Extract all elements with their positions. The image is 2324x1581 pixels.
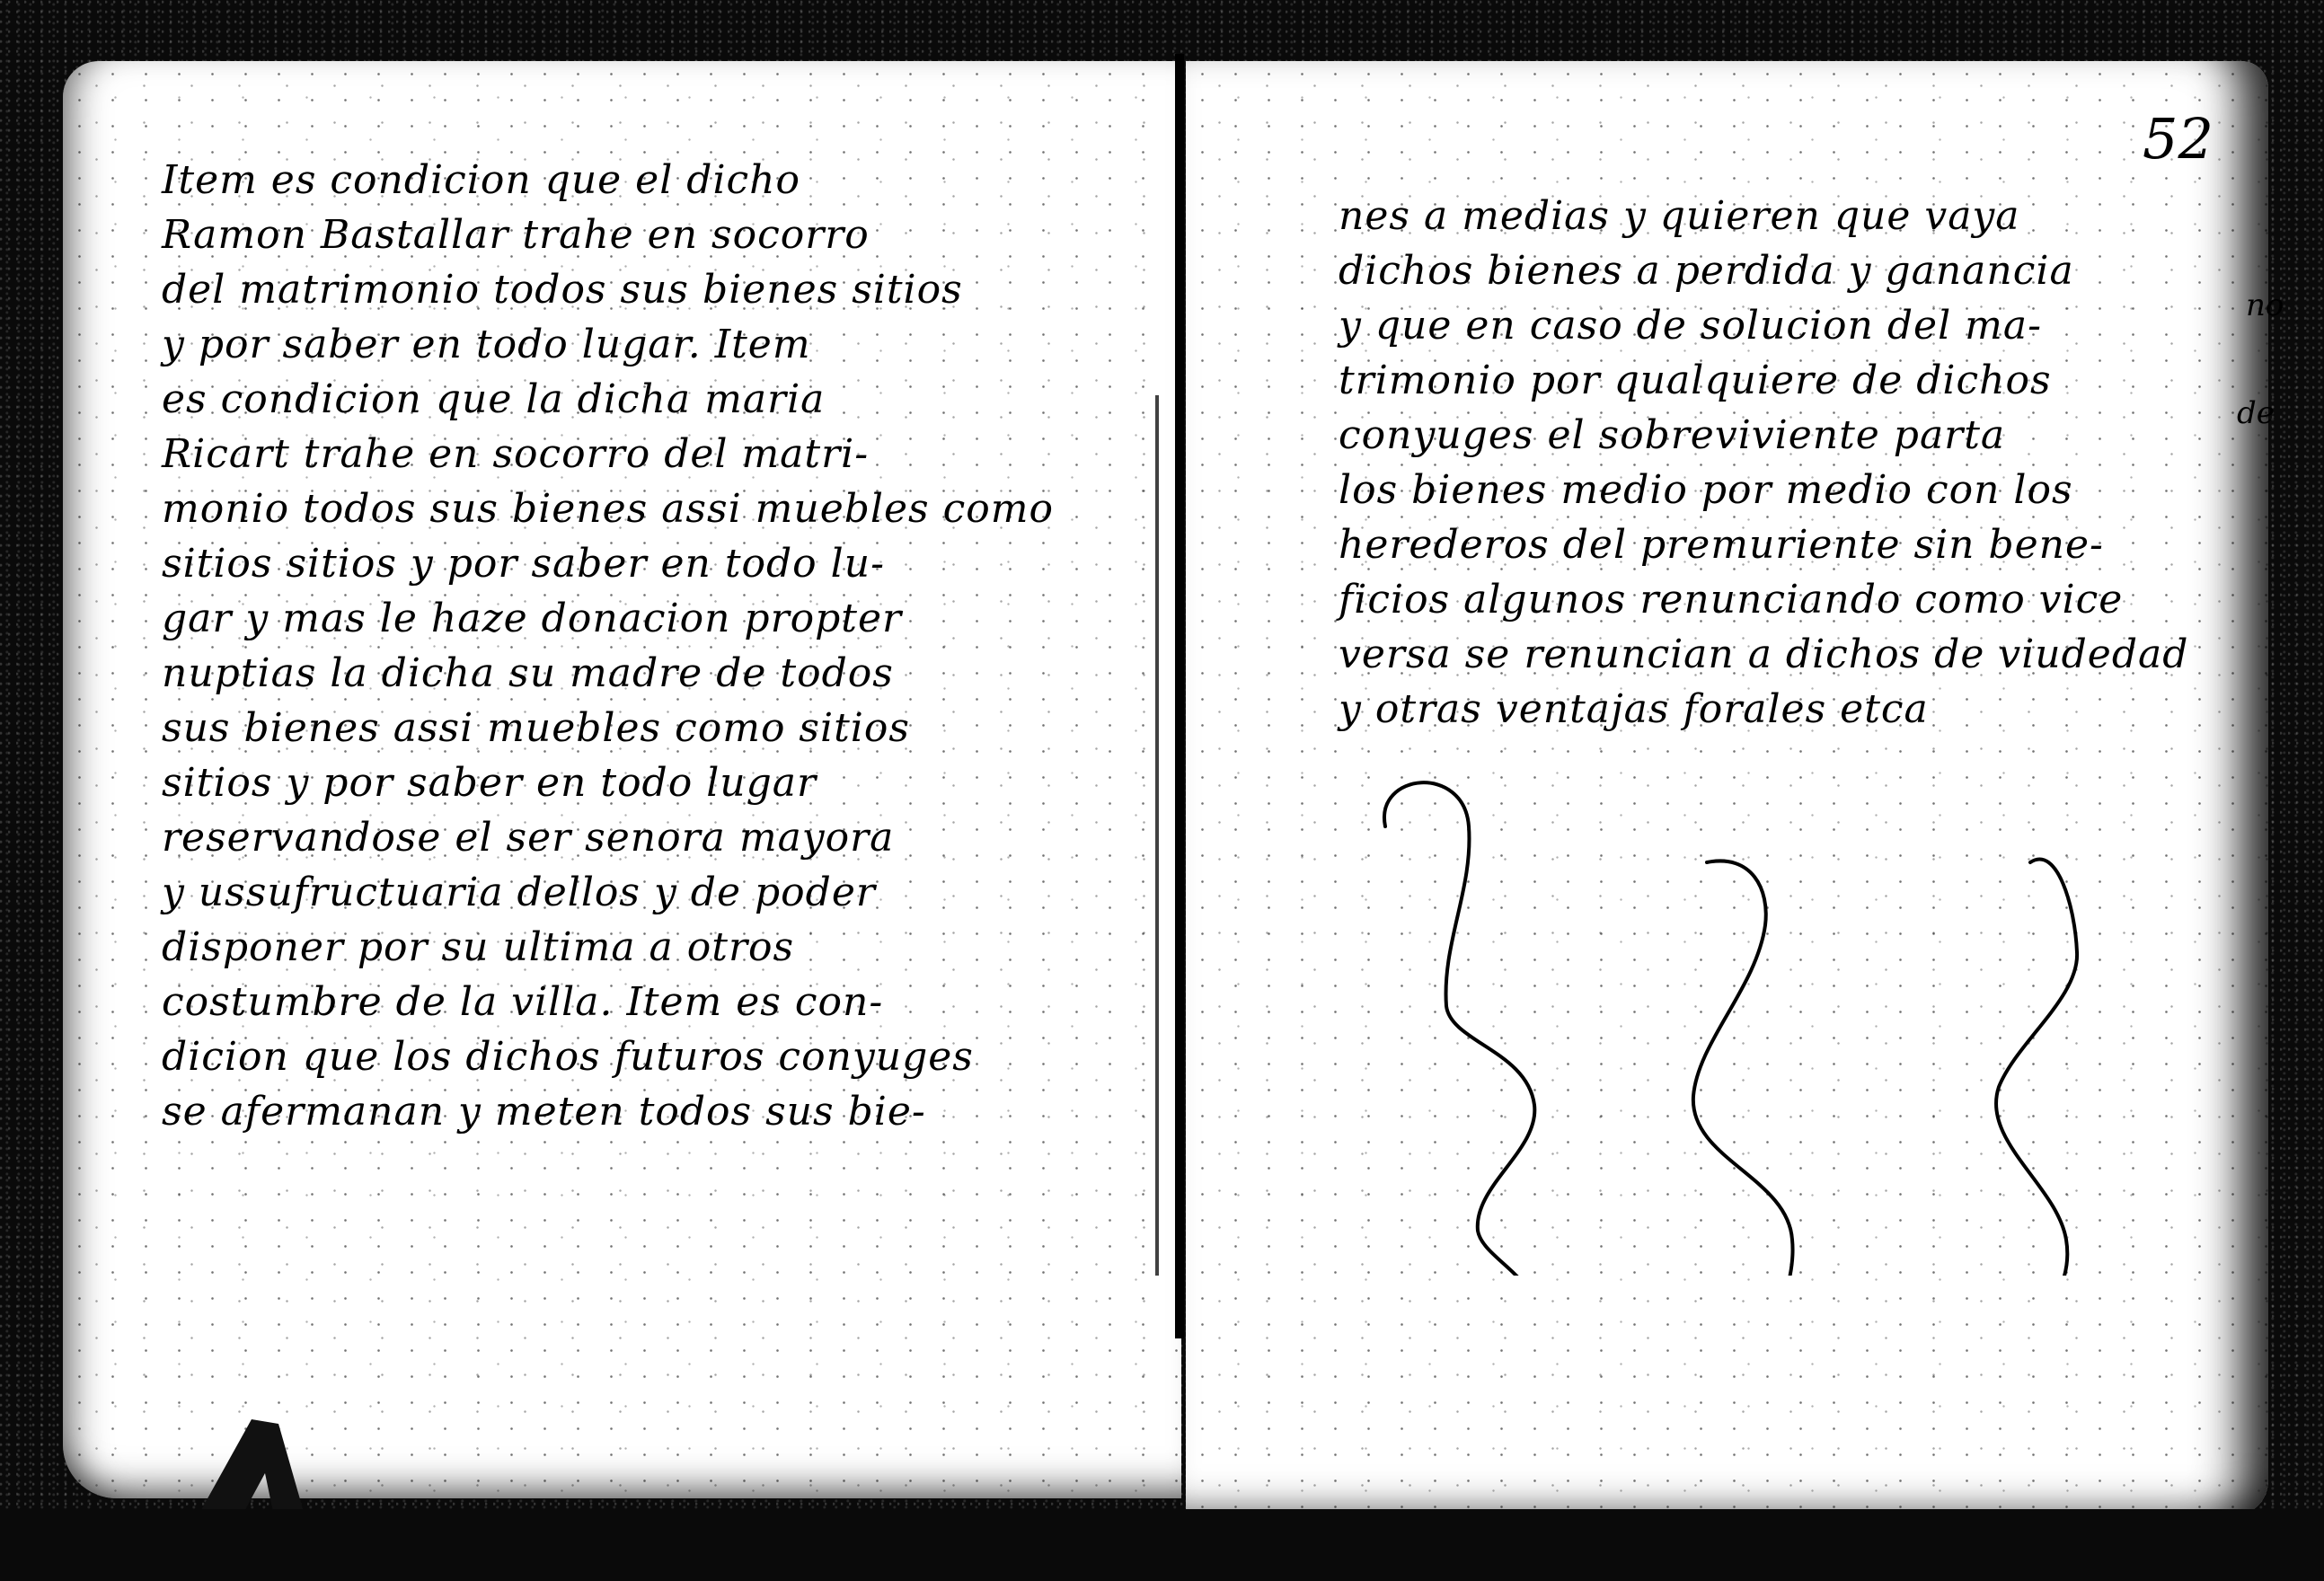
margin-note: no (2246, 287, 2284, 323)
text-line: disponer por su ultima a otros (162, 920, 1168, 975)
text-line: y por saber en todo lugar. Item (162, 317, 1168, 372)
text-line: del matrimonio todos sus bienes sitios (162, 262, 1168, 317)
text-line: sitios sitios y por saber en todo lu- (162, 536, 1168, 591)
margin-note: de (2237, 395, 2275, 431)
text-line: costumbre de la villa. Item es con- (162, 975, 1168, 1029)
folio-number: 52 (2143, 106, 2214, 172)
text-line: Item es condicion que el dicho (162, 153, 1168, 208)
text-line: conyuges el sobreviviente parta (1339, 408, 2309, 463)
text-line: y otras ventajas forales etca (1339, 682, 2309, 737)
text-line: reservandose el ser senora mayora (162, 810, 1168, 865)
text-line: Ricart trahe en socorro del matri- (162, 427, 1168, 481)
rubric-flourish-icon (1348, 773, 2156, 1276)
text-line: sus bienes assi muebles como sitios (162, 701, 1168, 755)
text-line: y ussufructuaria dellos y de poder (162, 865, 1168, 920)
text-line: nes a medias y quieren que vaya (1339, 189, 2309, 243)
text-line: dichos bienes a perdida y ganancia (1339, 243, 2309, 298)
text-line: trimonio por qualquiere de dichos (1339, 353, 2309, 408)
text-line: se afermanan y meten todos sus bie- (162, 1084, 1168, 1139)
text-line: nuptias la dicha su madre de todos (162, 646, 1168, 701)
text-line: monio todos sus bienes assi muebles como (162, 481, 1168, 536)
text-line: versa se renuncian a dichos de viudedad (1339, 627, 2309, 682)
text-line: y que en caso de solucion del ma- (1339, 298, 2309, 353)
text-line: herederos del premuriente sin bene- (1339, 517, 2309, 572)
text-line: los bienes medio por medio con los (1339, 463, 2309, 517)
right-page-text: nes a medias y quieren que vaya dichos b… (1339, 189, 2309, 737)
text-line: dicion que los dichos futuros conyuges (162, 1029, 1168, 1084)
book-gutter (1175, 54, 1184, 1338)
left-page-text: Item es condicion que el dicho Ramon Bas… (162, 153, 1168, 1139)
text-line: es condicion que la dicha maria (162, 372, 1168, 427)
text-line: ficios algunos renunciando como vice (1339, 572, 2309, 627)
page-bottom-edge (0, 1509, 2324, 1581)
text-line: sitios y por saber en todo lugar (162, 755, 1168, 810)
text-line: Ramon Bastallar trahe en socorro (162, 208, 1168, 262)
text-line: gar y mas le haze donacion propter (162, 591, 1168, 646)
